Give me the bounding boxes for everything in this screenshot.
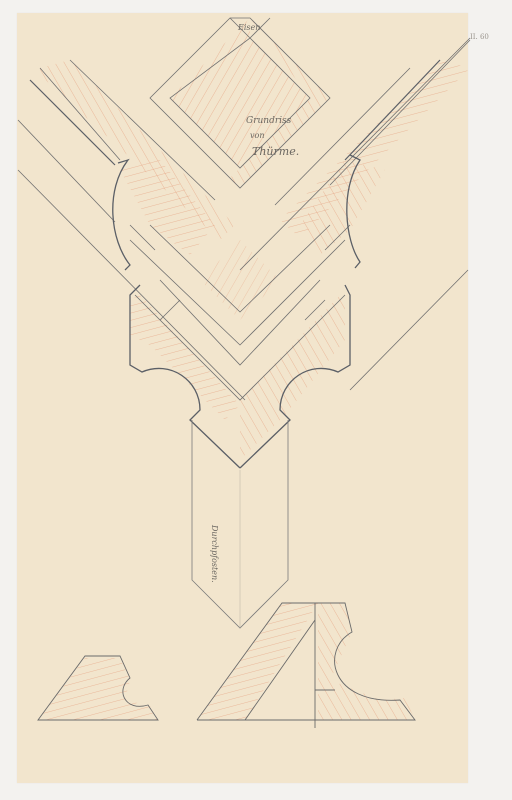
title-line-1: Grundriss: [246, 116, 291, 126]
title-line-3: Thürme.: [252, 145, 299, 158]
title-line-2: von: [250, 131, 265, 140]
plate-number: II. 60: [470, 33, 489, 41]
note-eisen: Eisen: [238, 23, 260, 32]
vertical-note: Durchpfosten.: [210, 525, 219, 583]
